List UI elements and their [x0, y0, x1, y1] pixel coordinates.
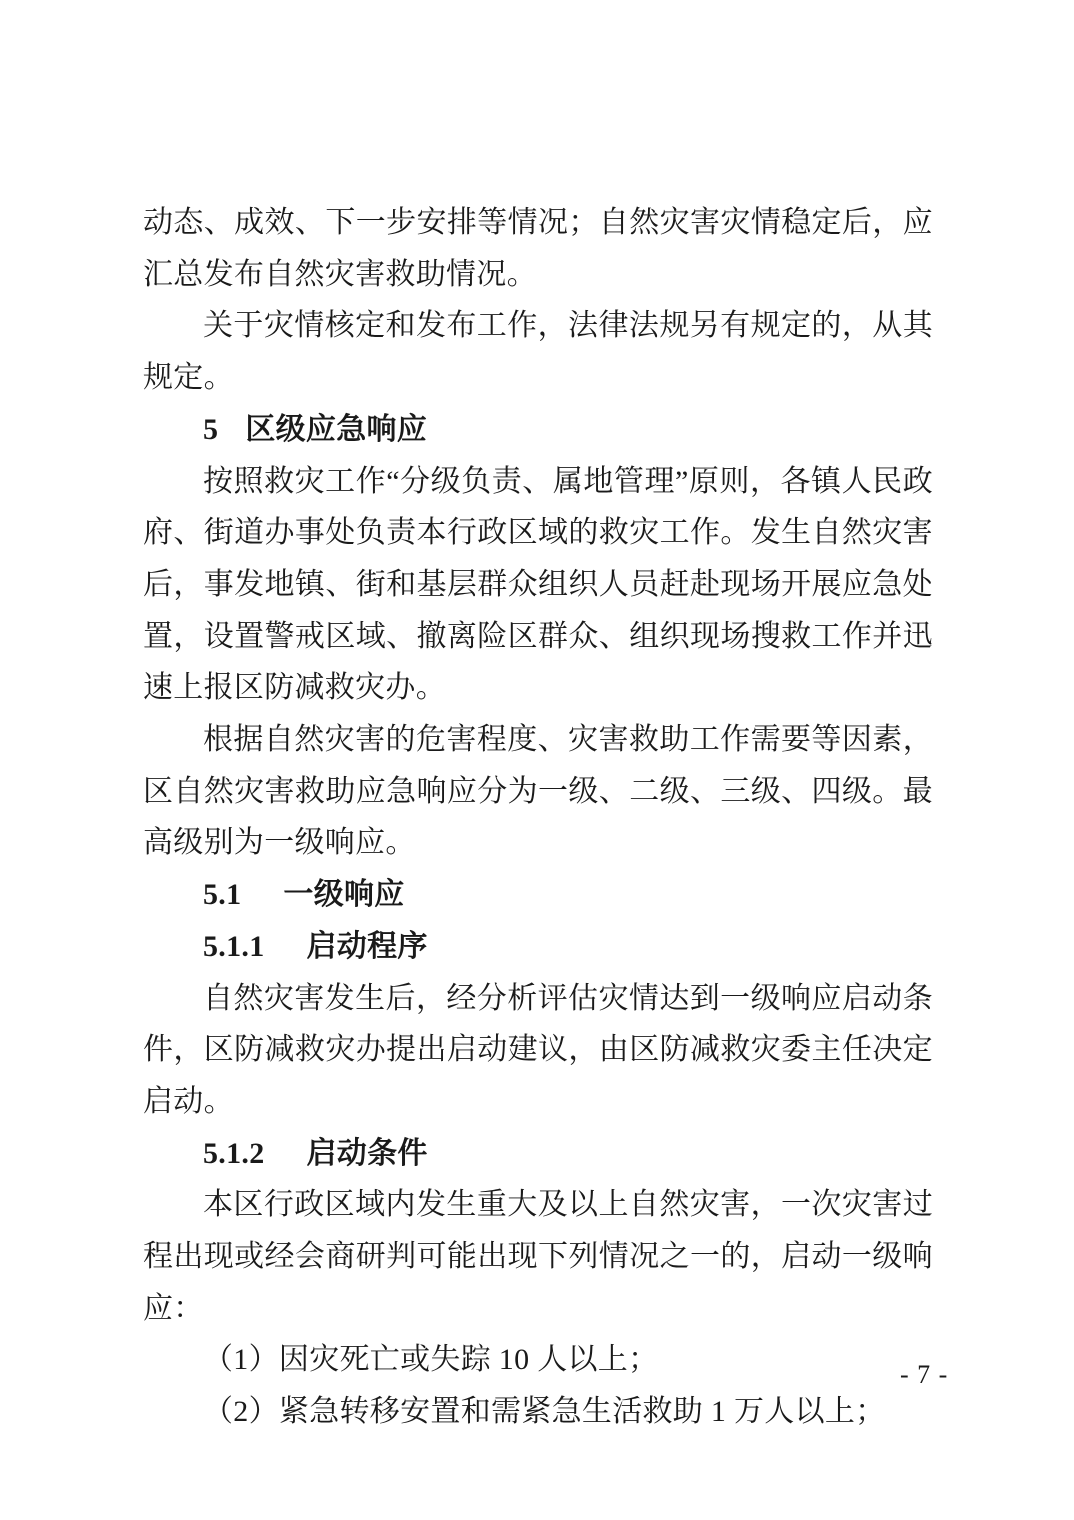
list-item-2: （2）紧急转移安置和需紧急生活救助 1 万人以上；: [143, 1386, 933, 1438]
paragraph-principle: 按照救灾工作“分级负责、属地管理”原则，各镇人民政府、街道办事处负责本行政区域的…: [143, 456, 933, 715]
heading-5: 5区级应急响应: [143, 404, 933, 456]
page-number: - 7 -: [900, 1360, 948, 1390]
paragraph-continuation: 动态、成效、下一步安排等情况；自然灾害灾情稳定后，应汇总发布自然灾害救助情况。: [143, 197, 933, 300]
heading-title: 区级应急响应: [245, 413, 427, 446]
heading-title: 启动条件: [307, 1137, 428, 1170]
heading-number: 5.1: [203, 878, 241, 911]
paragraph-response-levels: 根据自然灾害的危害程度、灾害救助工作需要等因素，区自然灾害救助应急响应分为一级、…: [143, 714, 933, 869]
heading-number: 5: [203, 413, 218, 446]
heading-number: 5.1.1: [203, 930, 265, 963]
paragraph-legal-note: 关于灾情核定和发布工作，法律法规另有规定的，从其规定。: [143, 300, 933, 403]
heading-5.1: 5.1一级响应: [143, 869, 933, 921]
paragraph-start-conditions: 本区行政区域内发生重大及以上自然灾害，一次灾害过程出现或经会商研判可能出现下列情…: [143, 1179, 933, 1334]
heading-number: 5.1.2: [203, 1137, 265, 1170]
paragraph-start-procedure: 自然灾害发生后，经分析评估灾情达到一级响应启动条件，区防减救灾办提出启动建议，由…: [143, 973, 933, 1128]
document-body: 动态、成效、下一步安排等情况；自然灾害灾情稳定后，应汇总发布自然灾害救助情况。关…: [143, 197, 933, 1438]
heading-5.1.2: 5.1.2启动条件: [143, 1128, 933, 1180]
document-page: 动态、成效、下一步安排等情况；自然灾害灾情稳定后，应汇总发布自然灾害救助情况。关…: [0, 0, 1074, 1520]
heading-title: 启动程序: [307, 930, 428, 963]
heading-title: 一级响应: [283, 878, 404, 911]
heading-5.1.1: 5.1.1启动程序: [143, 921, 933, 973]
list-item-1: （1）因灾死亡或失踪 10 人以上；: [143, 1334, 933, 1386]
